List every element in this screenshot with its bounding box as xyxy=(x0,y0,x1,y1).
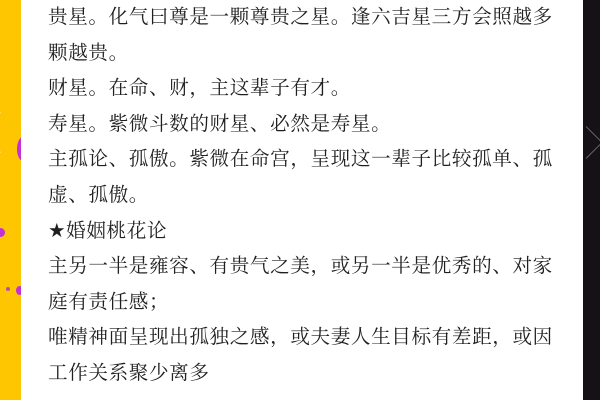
article-body: 贵星。化气曰尊是一颗尊贵之星。逢六吉星三方会照越多 颗越贵。 财星。在命、财，主… xyxy=(48,0,573,391)
decorative-dot xyxy=(16,286,21,295)
text-line: 颗越贵。 xyxy=(48,35,573,71)
chevron-right-icon[interactable] xyxy=(583,126,600,159)
decorative-dot xyxy=(6,287,10,291)
text-line: 工作关系聚少离多 xyxy=(48,355,573,391)
right-dark-strip xyxy=(583,0,600,400)
text-line: 虚、孤傲。 xyxy=(48,177,573,213)
decorative-dot xyxy=(0,228,5,237)
text-line: 寿星。紫微斗数的财星、必然是寿星。 xyxy=(48,106,573,142)
text-line: 主另一半是雍容、有贵气之美，或另一半是优秀的、对家 xyxy=(48,248,573,284)
text-line: 庭有责任感； xyxy=(48,284,573,320)
text-line: 主孤论、孤傲。紫微在命宫，呈现这一辈子比较孤单、孤 xyxy=(48,141,573,177)
text-line: 财星。在命、财，主这辈子有才。 xyxy=(48,70,573,106)
left-decorative-strip xyxy=(0,0,21,400)
text-line: 唯精神面呈现出孤独之感，或夫妻人生目标有差距，或因 xyxy=(48,319,573,355)
text-line: 贵星。化气曰尊是一颗尊贵之星。逢六吉星三方会照越多 xyxy=(48,0,573,35)
section-heading: ★婚姻桃花论 xyxy=(48,213,573,249)
decorative-dot xyxy=(17,137,21,161)
